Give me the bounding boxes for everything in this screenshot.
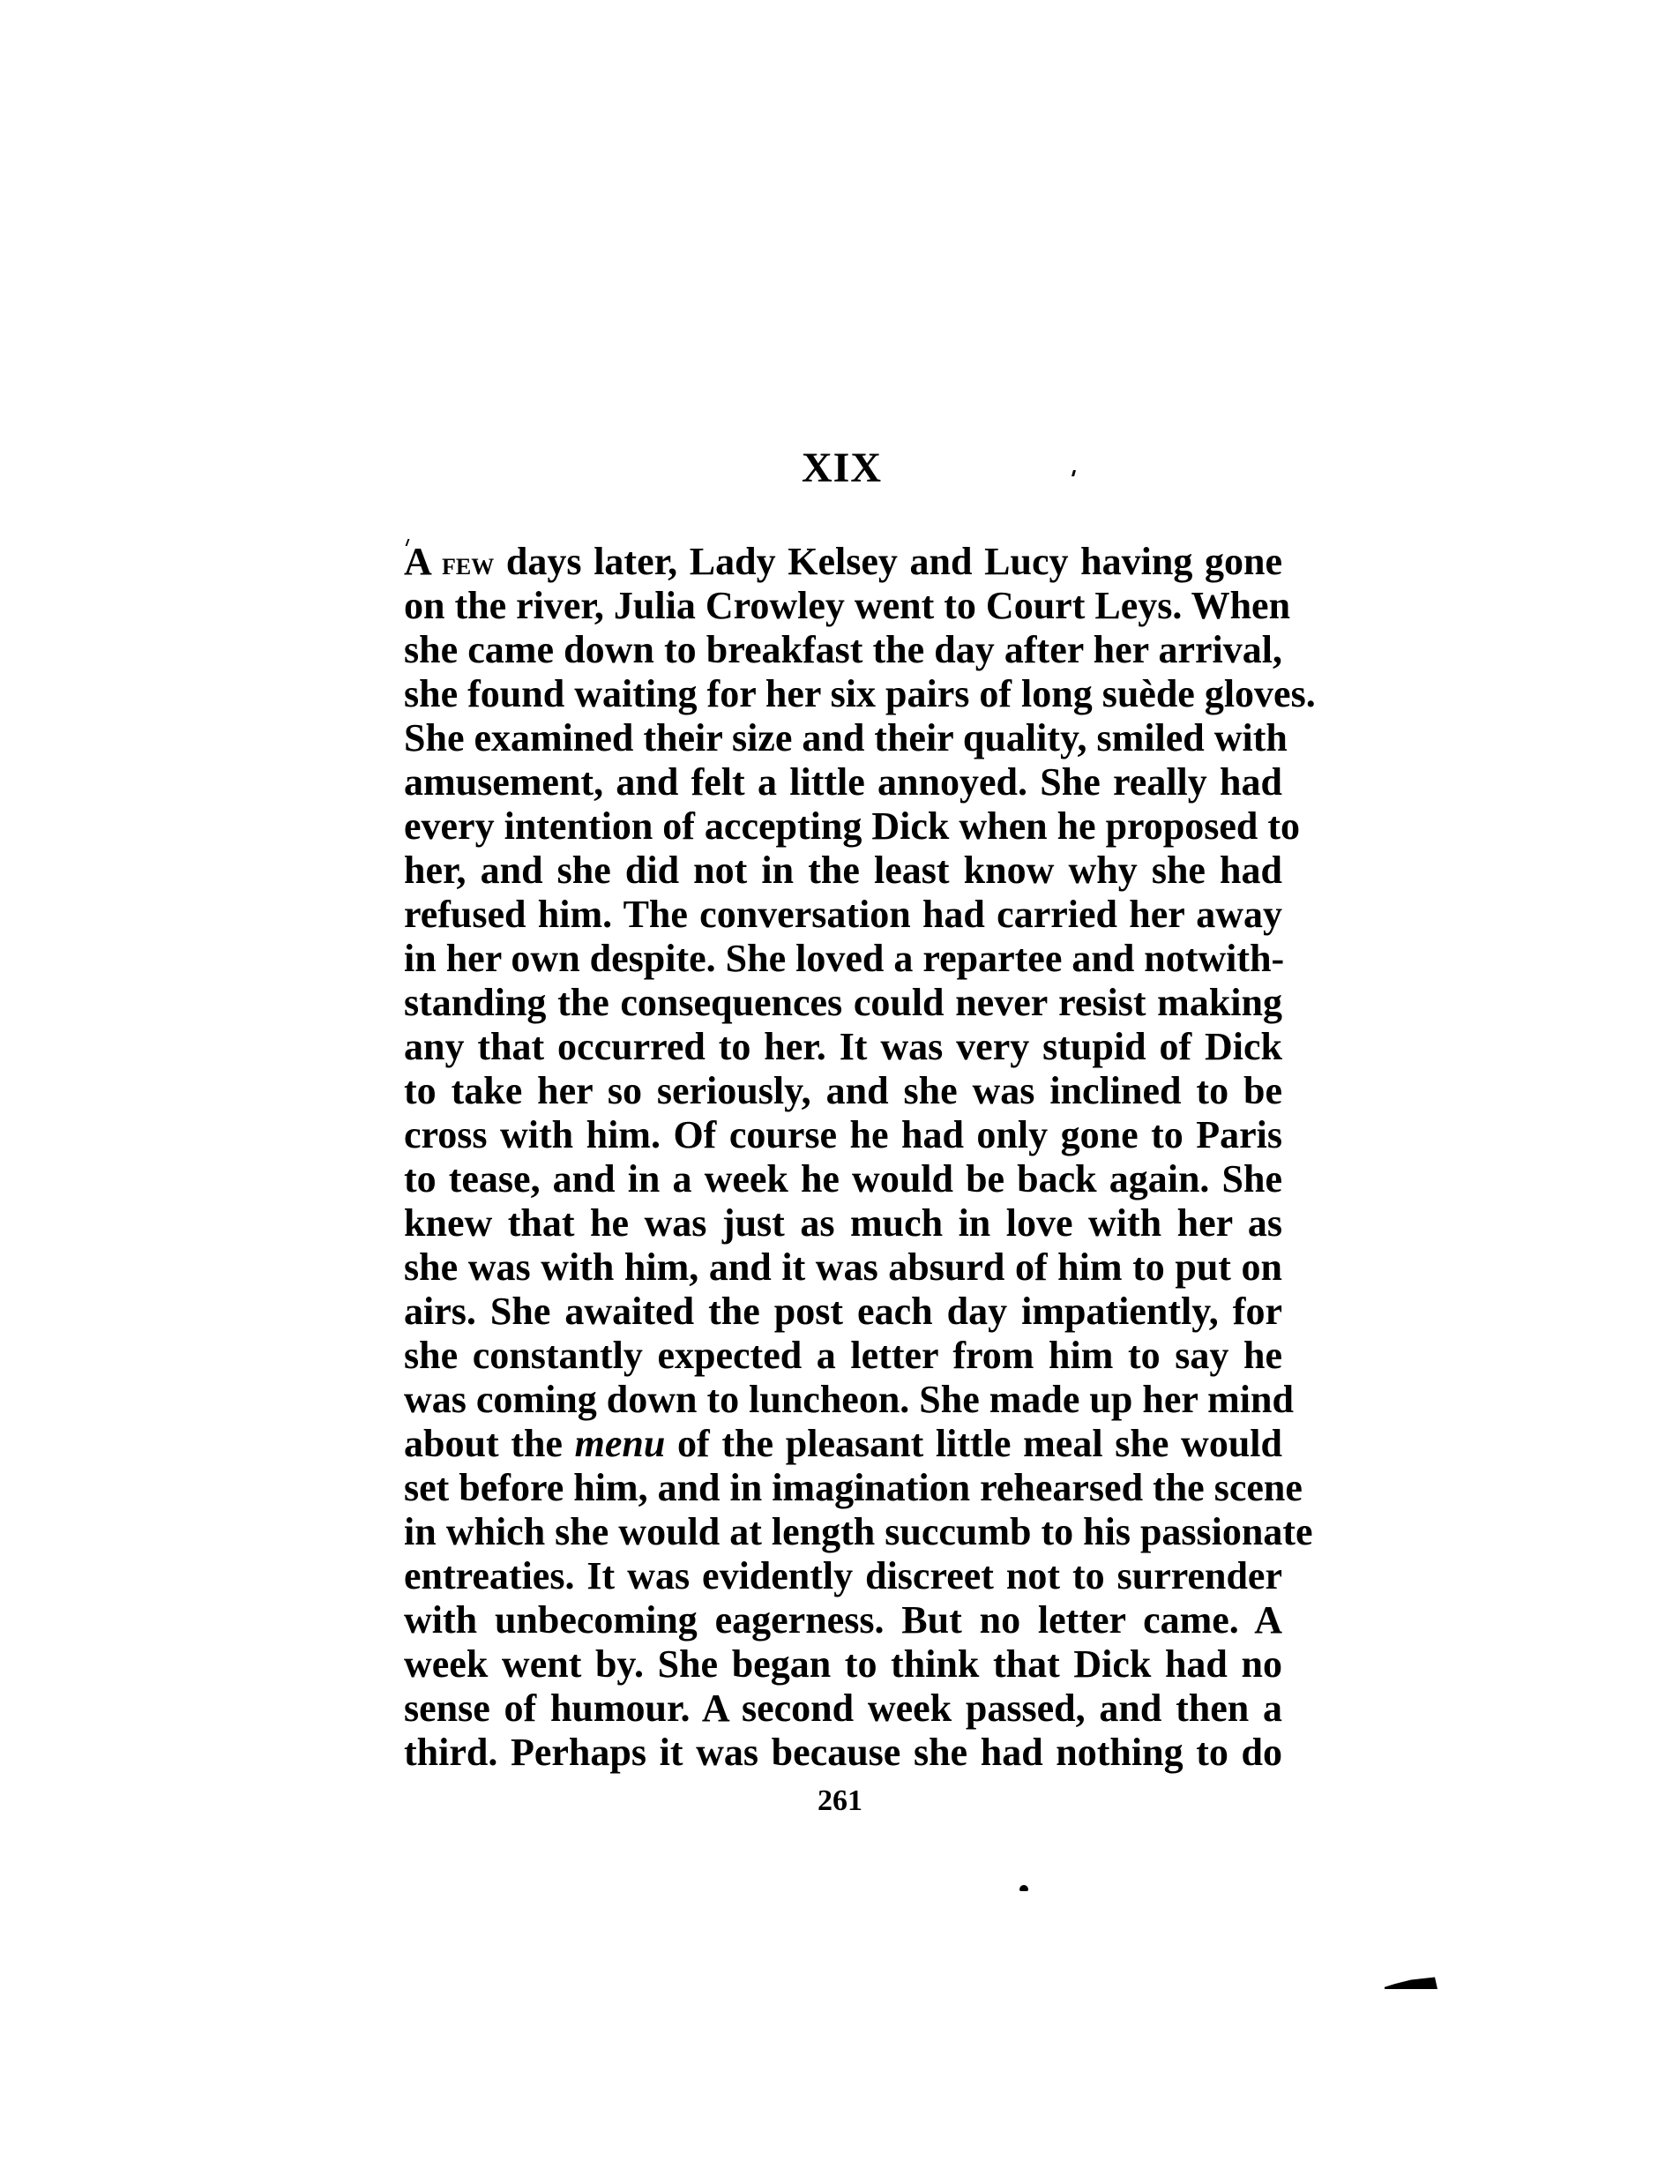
text-line: her, and she did not in the least know w… bbox=[404, 849, 1282, 893]
text-line: any that occurred to her. It was very st… bbox=[404, 1025, 1282, 1069]
book-page: XIX A few days later, Lady Kelsey and Lu… bbox=[0, 0, 1680, 2184]
text-line: third. Perhaps it was because she had no… bbox=[404, 1731, 1282, 1775]
text-line: amusement, and felt a little annoyed. Sh… bbox=[404, 760, 1282, 804]
text-line: she found waiting for her six pairs of l… bbox=[404, 672, 1282, 716]
text-line: sense of humour. A second week passed, a… bbox=[404, 1687, 1282, 1731]
text-line: she came down to breakfast the day after… bbox=[404, 628, 1282, 672]
text-line: to take her so seriously, and she was in… bbox=[404, 1069, 1282, 1113]
text-line: week went by. She began to think that Di… bbox=[404, 1642, 1282, 1687]
text-line: entreaties. It was evidently discreet no… bbox=[404, 1554, 1282, 1598]
chapter-heading: XIX bbox=[0, 446, 1680, 490]
text-line: set before him, and in imagination rehea… bbox=[404, 1466, 1282, 1510]
text-line: in her own despite. She loved a repartee… bbox=[404, 937, 1282, 981]
chapter-number: XIX bbox=[802, 446, 882, 490]
text-line: to tease, and in a week he would be back… bbox=[404, 1157, 1282, 1201]
text-line: was coming down to luncheon. She made up… bbox=[404, 1378, 1282, 1422]
italic-word: menu bbox=[575, 1422, 666, 1465]
scan-smudge bbox=[1385, 1976, 1437, 1989]
text-line: with unbecoming eagerness. But no letter… bbox=[404, 1598, 1282, 1642]
text-line: cross with him. Of course he had only go… bbox=[404, 1113, 1282, 1157]
chapter-paragraph: A few days later, Lady Kelsey and Lucy h… bbox=[404, 540, 1282, 1775]
text-line: airs. She awaited the post each day impa… bbox=[404, 1290, 1282, 1334]
page-number: 261 bbox=[0, 1784, 1680, 1819]
text-line: in which she would at length succumb to … bbox=[404, 1510, 1282, 1554]
text-line: on the river, Julia Crowley went to Cour… bbox=[404, 584, 1282, 628]
text-line: every intention of accepting Dick when h… bbox=[404, 804, 1282, 849]
text-line: she was with him, and it was absurd of h… bbox=[404, 1245, 1282, 1290]
text-line: She examined their size and their qualit… bbox=[404, 716, 1282, 760]
small-caps-word: few bbox=[442, 546, 494, 582]
text-line: standing the consequences could never re… bbox=[404, 981, 1282, 1025]
text-line: about the menu of the pleasant little me… bbox=[404, 1422, 1282, 1466]
text-line: knew that he was just as much in love wi… bbox=[404, 1201, 1282, 1245]
text-line: she constantly expected a letter from hi… bbox=[404, 1334, 1282, 1378]
scan-speck bbox=[1019, 1885, 1028, 1891]
text-line: refused him. The conversation had carrie… bbox=[404, 893, 1282, 937]
drop-initial: A bbox=[404, 540, 429, 583]
text-line: A few days later, Lady Kelsey and Lucy h… bbox=[404, 540, 1282, 584]
